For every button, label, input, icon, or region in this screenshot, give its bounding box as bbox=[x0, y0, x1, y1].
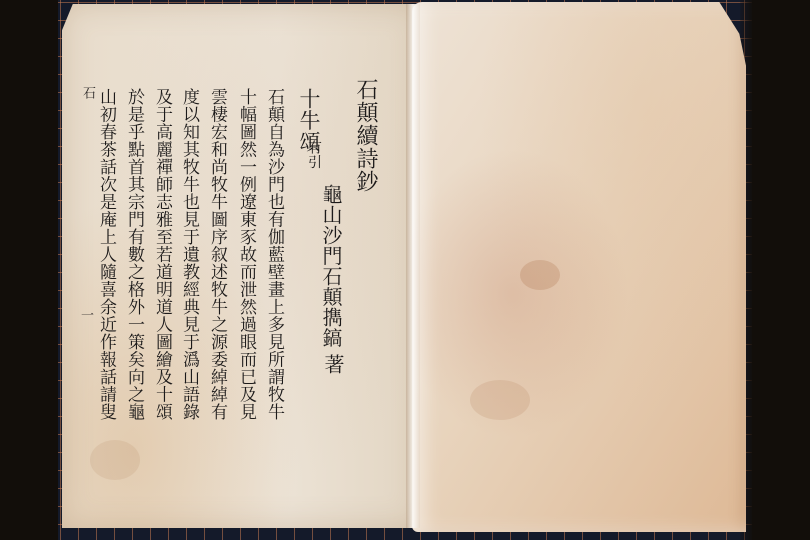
author-line: 龜山沙門石顛擕鎬 bbox=[320, 184, 342, 348]
body-column-1: 石顛自為沙門也有伽藍壁畫上多見所謂牧牛 bbox=[262, 88, 286, 421]
paper-stain bbox=[90, 440, 140, 480]
author-suffix: 著 bbox=[320, 354, 346, 375]
paper-stain bbox=[470, 380, 530, 420]
section-note: 有引 bbox=[301, 140, 327, 169]
body-column-2: 十幅圖然一例遼東豕故而泄然過眼而已及見 bbox=[234, 88, 258, 421]
body-column-4: 度以知其牧牛也見于遺教經典見于潙山語錄 bbox=[177, 88, 201, 421]
right-page-blank bbox=[412, 2, 746, 532]
book-title: 石顛續詩鈔 bbox=[352, 78, 378, 193]
body-column-7: 山初春茶話次是庵上人隨喜余近作報話請叟 bbox=[94, 88, 118, 421]
paper-stain bbox=[520, 260, 560, 290]
margin-label-top: 石 bbox=[74, 86, 100, 100]
body-column-3: 雲棲宏和尚牧牛圖序叙述牧牛之源委綽綽有 bbox=[205, 88, 229, 421]
margin-label-bottom: 一 bbox=[72, 308, 98, 322]
book-gutter bbox=[406, 4, 420, 528]
body-column-5: 及于高麗禪師志雅至若道明道人圖繪及十頌 bbox=[150, 88, 174, 421]
body-column-6: 於是乎點首其宗門有數之格外一策矣向之龜 bbox=[122, 88, 146, 421]
